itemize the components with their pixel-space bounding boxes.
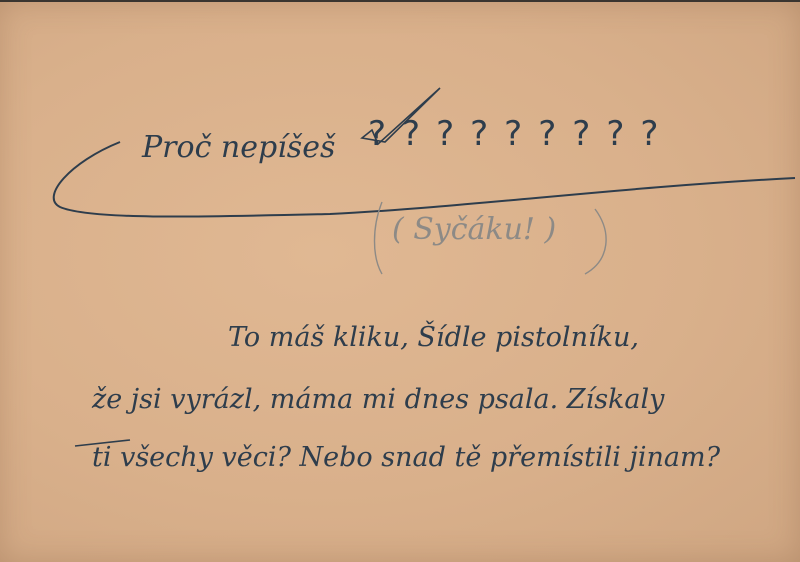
pencil-note: ( Syčáku! ) xyxy=(392,212,556,247)
heading-text: Proč nepíšeš xyxy=(142,130,335,165)
body-line-2: že jsi vyrázl, máma mi dnes psala. Získa… xyxy=(92,384,664,415)
postcard: Proč nepíšeš ????????? ( Syčáku! ) To má… xyxy=(0,2,800,562)
decorative-swoosh-strokes xyxy=(0,2,800,562)
body-line-1: To máš kliku, Šídle pistolníku, xyxy=(228,322,639,353)
heading-question-marks: ????????? xyxy=(368,114,674,154)
body-line-3: ti všechy věci? Nebo snad tě přemístili … xyxy=(92,442,720,473)
